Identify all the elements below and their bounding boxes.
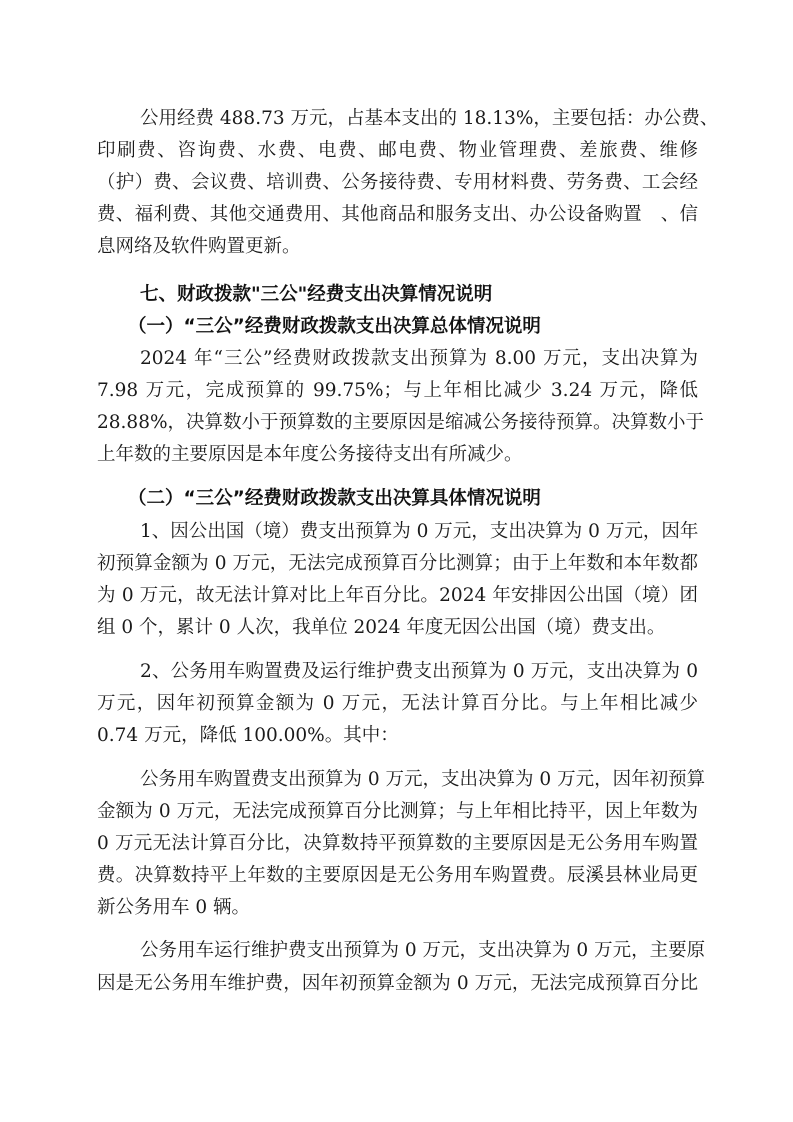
text-line: 初预算金额为 0 万元，无法完成预算百分比测算；由于上年数和本年数都 [97, 550, 698, 578]
subsection-heading: （二）“三公”经费财政拨款支出决算具体情况说明 [128, 485, 541, 513]
text-line: 2、公务用车购置费及运行维护费支出预算为 0 万元，支出决算为 0 [140, 658, 698, 686]
text-line: 1、因公出国（境）费支出预算为 0 万元，支出决算为 0 万元，因年 [140, 518, 698, 546]
text-line: 费。决算数持平上年数的主要原因是无公务用车购置费。辰溪县林业局更 [97, 862, 698, 890]
text-line: 公务用车运行维护费支出预算为 0 万元，支出决算为 0 万元，主要原 [140, 937, 698, 965]
text-line: 为 0 万元，故无法计算对比上年百分比。2024 年安排因公出国（境）团 [97, 582, 698, 610]
section-heading: 七、财政拨款"三公"经费支出决算情况说明 [140, 281, 492, 309]
text-line: 上年数的主要原因是本年度公务接待支出有所减少。 [97, 441, 698, 469]
text-line: 0 万元无法计算百分比，决算数持平预算数的主要原因是无公务用车购置 [97, 830, 698, 858]
text-line: 息网络及软件购置更新。 [97, 233, 698, 261]
text-line: 万元，因年初预算金额为 0 万元，无法计算百分比。与上年相比减少 [97, 690, 698, 718]
text-line: 0.74 万元，降低 100.00%。其中： [97, 722, 698, 750]
text-line: 公用经费 488.73 万元，占基本支出的 18.13%，主要包括：办公费、 [140, 105, 698, 133]
text-line: 新公务用车 0 辆。 [97, 894, 698, 922]
text-line: 因是无公务用车维护费，因年初预算金额为 0 万元，无法完成预算百分比 [97, 970, 698, 998]
text-line: 印刷费、咨询费、水费、电费、邮电费、物业管理费、差旅费、维修 [97, 137, 698, 165]
text-line: 金额为 0 万元，无法完成预算百分比测算；与上年相比持平，因上年数为 [97, 798, 698, 826]
document-page: 公用经费 488.73 万元，占基本支出的 18.13%，主要包括：办公费、 印… [0, 0, 793, 1122]
text-line: 费、福利费、其他交通费用、其他商品和服务支出、办公设备购置 、信 [97, 201, 698, 229]
subsection-heading: （一）“三公”经费财政拨款支出决算总体情况说明 [128, 313, 541, 341]
text-line: 公务用车购置费支出预算为 0 万元，支出决算为 0 万元，因年初预算 [140, 766, 698, 794]
text-line: 7.98 万元，完成预算的 99.75%；与上年相比减少 3.24 万元，降低 [97, 377, 698, 405]
text-line: 28.88%，决算数小于预算数的主要原因是缩减公务接待预算。决算数小于 [97, 409, 698, 437]
text-line: 组 0 个，累计 0 人次，我单位 2024 年度无因公出国（境）费支出。 [97, 614, 698, 642]
text-line: 2024 年“三公”经费财政拨款支出预算为 8.00 万元，支出决算为 [140, 345, 698, 373]
text-line: （护）费、会议费、培训费、公务接待费、专用材料费、劳务费、工会经 [97, 169, 698, 197]
